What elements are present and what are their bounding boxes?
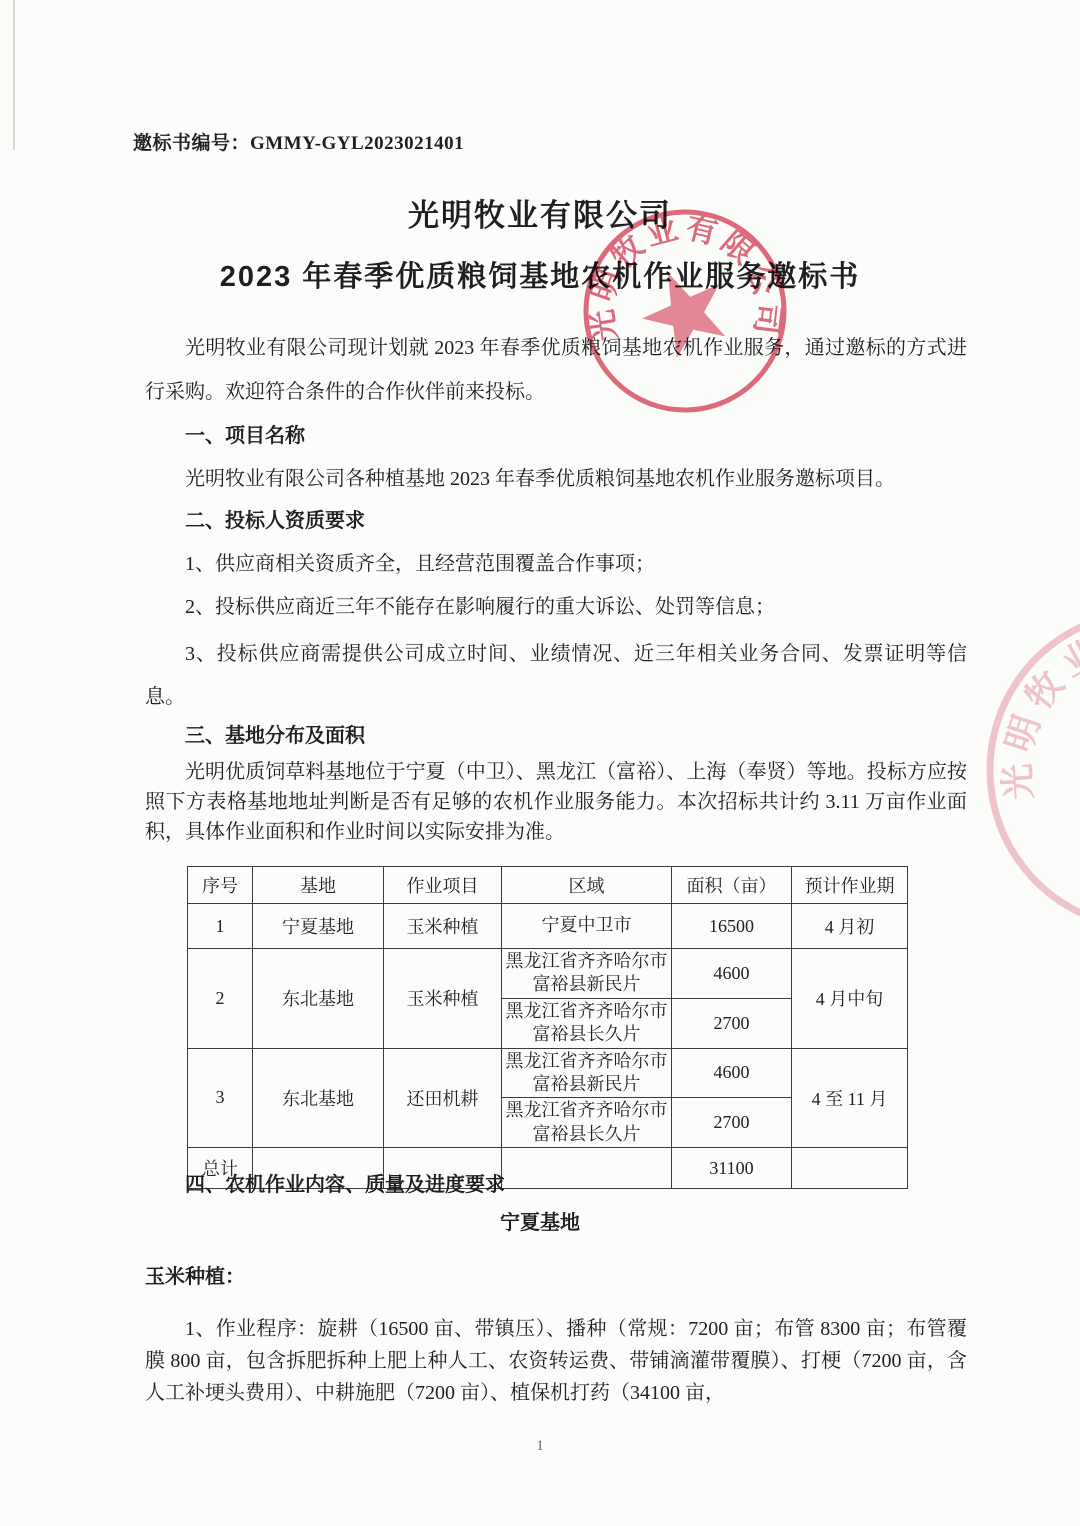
cell-base: 东北基地 [253,949,384,1049]
cell-region: 黑龙江省齐齐哈尔市 富裕县新民片 [502,1048,672,1098]
cell-area: 2700 [672,998,792,1048]
section-2-heading: 二、投标人资质要求 [145,504,967,533]
table-header-area: 面积（亩） [672,867,792,904]
cell-region: 宁夏中卫市 [502,904,672,949]
cell-area: 4600 [672,949,792,999]
cell-region: 黑龙江省齐齐哈尔市 富裕县新民片 [502,949,672,999]
intro-paragraph: 光明牧业有限公司现计划就 2023 年春季优质粮饲基地农机作业服务，通过邀标的方… [145,326,967,414]
cell-area: 16500 [672,904,792,949]
cell-period: 4 月初 [792,904,908,949]
cell-base: 东北基地 [253,1048,384,1148]
cell-seq: 2 [188,949,253,1049]
table-header-period: 预计作业期 [792,867,908,904]
seal-text: 光明牧业有限公司 [985,605,1080,808]
table-row: 3 东北基地 还田机耕 黑龙江省齐齐哈尔市 富裕县新民片 4600 4 至 11… [188,1048,908,1098]
table-row: 2 东北基地 玉米种植 黑龙江省齐齐哈尔市 富裕县新民片 4600 4 月中旬 [188,949,908,999]
cell-seq: 3 [188,1048,253,1148]
bases-table: 序号 基地 作业项目 区域 面积（亩） 预计作业期 1 宁夏基地 玉米种植 宁夏… [187,866,908,1189]
section-4-heading: 四、农机作业内容、质量及进度要求 [145,1168,967,1197]
section-3-heading: 三、基地分布及面积 [145,719,967,748]
cell-period: 4 至 11 月 [792,1048,908,1148]
cell-area: 4600 [672,1048,792,1098]
section-1-heading: 一、项目名称 [145,419,967,448]
qualification-item-1: 1、供应商相关资质齐全，且经营范围覆盖合作事项； [145,547,967,576]
cell-region: 黑龙江省齐齐哈尔市 富裕县长久片 [502,998,672,1048]
table-header-base: 基地 [253,867,384,904]
procedure-paragraph: 1、作业程序：旋耕（16500 亩、带镇压）、播种（常规：7200 亩；布管 8… [145,1313,967,1409]
table-header-row: 序号 基地 作业项目 区域 面积（亩） 预计作业期 [188,867,908,904]
table-header-seq: 序号 [188,867,253,904]
cell-area: 2700 [672,1098,792,1148]
document-subtitle: 2023 年春季优质粮饲基地农机作业服务邀标书 [0,254,1080,295]
document-title: 光明牧业有限公司 [0,190,1080,235]
doc-number: 邀标书编号：GMMY-GYL2023021401 [133,128,464,155]
table-row: 1 宁夏基地 玉米种植 宁夏中卫市 16500 4 月初 [188,904,908,949]
cell-project: 玉米种植 [384,949,502,1049]
partial-seal-stamp-icon: 光明牧业有限公司 [985,605,1080,935]
ningxia-base-label: 宁夏基地 [0,1206,1080,1235]
qualification-item-2: 2、投标供应商近三年不能存在影响履行的重大诉讼、处罚等信息； [145,590,967,619]
document-page: 邀标书编号：GMMY-GYL2023021401 光明牧业有限公司 2023 年… [0,0,1080,1526]
cell-project: 玉米种植 [384,904,502,949]
table-header-region: 区域 [502,867,672,904]
scan-artifact-line [13,0,15,150]
page-number: 1 [0,1438,1080,1455]
cell-base: 宁夏基地 [253,904,384,949]
section-1-body: 光明牧业有限公司各种植基地 2023 年春季优质粮饲基地农机作业服务邀标项目。 [145,462,967,491]
cell-region: 黑龙江省齐齐哈尔市 富裕县长久片 [502,1098,672,1148]
cell-project: 还田机耕 [384,1048,502,1148]
table-header-project: 作业项目 [384,867,502,904]
cell-seq: 1 [188,904,253,949]
doc-number-label: 邀标书编号： [133,133,250,154]
svg-text:光明牧业有限公司: 光明牧业有限公司 [985,605,1080,808]
cell-period: 4 月中旬 [792,949,908,1049]
qualification-item-3: 3、投标供应商需提供公司成立时间、业绩情况、近三年相关业务合同、发票证明等信息。 [145,633,967,719]
corn-planting-label: 玉米种植： [145,1260,245,1289]
doc-number-value: GMMY-GYL2023021401 [250,133,464,154]
section-3-body: 光明优质饲草料基地位于宁夏（中卫）、黑龙江（富裕）、上海（奉贤）等地。投标方应按… [145,757,967,847]
